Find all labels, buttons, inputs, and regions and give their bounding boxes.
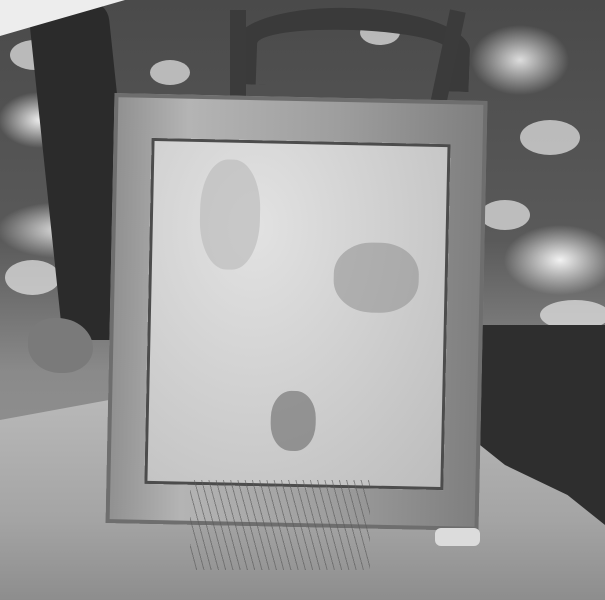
stone (435, 528, 480, 546)
picture-frame (106, 93, 488, 531)
chair-post-left (230, 10, 246, 105)
faded-painting (144, 138, 450, 490)
painted-figure-madonna (199, 159, 261, 270)
photograph (0, 0, 605, 600)
grass-tuft (190, 480, 370, 570)
painted-dark-arch (270, 390, 316, 451)
painted-dark-patch (333, 242, 419, 314)
